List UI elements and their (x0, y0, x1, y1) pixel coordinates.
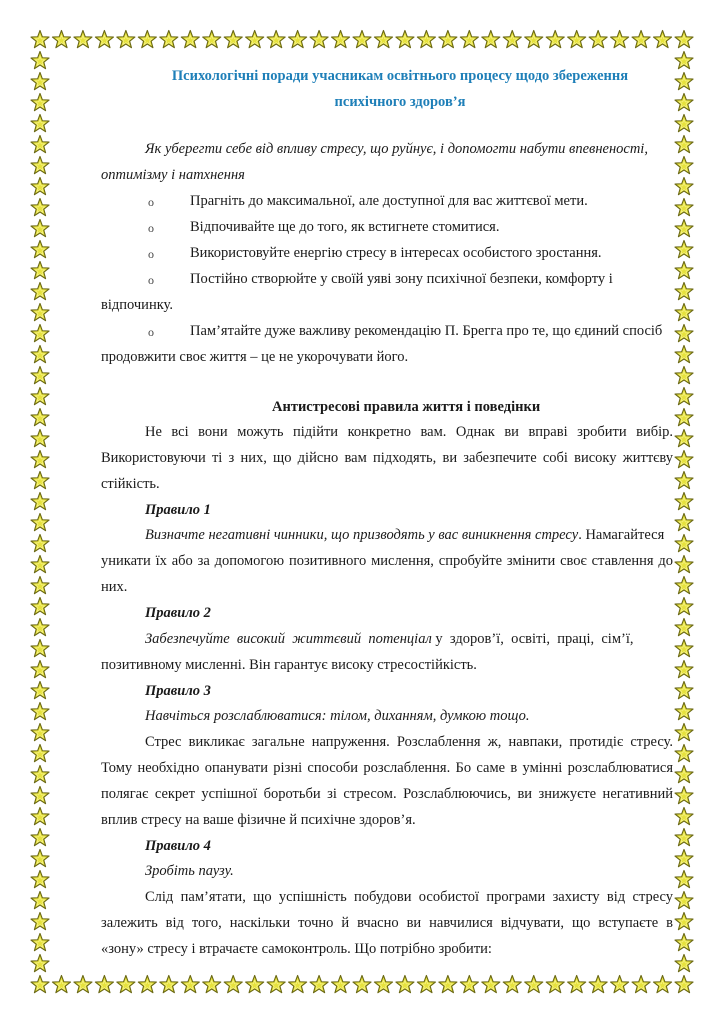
document-title-line-1: Психологічні поради учасникам освітнього… (150, 63, 650, 89)
rule-2-line-1: Забезпечуйте високий життєвий потенціал … (145, 629, 633, 649)
rule-1-rest: . Намагайтеся (578, 527, 664, 543)
section-heading: Антистресові правила життя і поведінки (272, 397, 540, 417)
rule-3-body-line-1: Стрес викликає загальне напруження. Розс… (145, 732, 673, 752)
tip-item-2: Відпочивайте ще до того, як встигнете ст… (190, 217, 499, 237)
tip-item-5-line-2: продовжити своє життя – це не укорочуват… (101, 347, 408, 367)
rule-4-body-line-1: Слід пам’ятати, що успішність побудови о… (145, 887, 673, 907)
bullet-icon: o (148, 325, 154, 340)
bullet-icon: o (148, 221, 154, 236)
tip-item-4-line-1: Постійно створюйте у своїй уяві зону пси… (190, 269, 613, 289)
document-title-line-2: психічного здоров’я (150, 89, 650, 115)
rule-3-lead: Навчіться розслаблюватися: тілом, диханн… (145, 706, 530, 726)
section-intro-line-1: Не всі вони можуть підійти конкретно вам… (145, 422, 673, 442)
bullet-icon: o (148, 273, 154, 288)
document-page: Психологічні поради учасникам освітнього… (0, 0, 724, 1024)
section-intro-line-3: стійкість. (101, 474, 160, 494)
rule-1-heading: Правило 1 (145, 500, 211, 520)
rule-1-lead: Визначте негативні чинники, що призводят… (145, 527, 578, 543)
rule-3-body-line-3: полягає секрет успішної боротьби зі стре… (101, 784, 673, 804)
intro-line-2: оптимізму і натхнення (101, 165, 245, 185)
rule-2-lead: Забезпечуйте високий життєвий потенціал (145, 631, 432, 647)
bullet-icon: o (148, 195, 154, 210)
rule-3-body-line-4: вплив стресу на ваше фізичне й психічне … (101, 810, 416, 830)
rule-4-body-line-2: залежить від того, наскільки точно й вча… (101, 913, 673, 933)
rule-2-heading: Правило 2 (145, 603, 211, 623)
tip-item-4-line-2: відпочинку. (101, 295, 173, 315)
rule-2-line-2: позитивному мисленні. Він гарантує висок… (101, 655, 477, 675)
bullet-icon: o (148, 247, 154, 262)
rule-1-line-3: них. (101, 577, 127, 597)
rule-1-line-2: уникати їх або за допомогою позитивного … (101, 551, 673, 571)
rule-4-lead: Зробіть паузу. (145, 861, 234, 881)
tip-item-5-line-1: Пам’ятайте дуже важливу рекомендацію П. … (190, 321, 662, 341)
section-intro-line-2: Використовуючи ті з них, що дійсно вам п… (101, 448, 673, 468)
rule-4-body-line-3: «зону» стресу і втрачаєте самоконтроль. … (101, 939, 492, 959)
rule-4-heading: Правило 4 (145, 836, 211, 856)
rule-3-heading: Правило 3 (145, 681, 211, 701)
rule-3-body-line-2: Тому необхідно опанувати різні способи р… (101, 758, 673, 778)
tip-item-1: Прагніть до максимальної, але доступної … (190, 191, 588, 211)
rule-1-line-1: Визначте негативні чинники, що призводят… (145, 525, 664, 545)
tip-item-3: Використовуйте енергію стресу в інтереса… (190, 243, 602, 263)
rule-2-rest: у здоров’ї, освіті, праці, сім’ї, (432, 631, 634, 647)
intro-line-1: Як уберегти себе від впливу стресу, що р… (145, 139, 648, 159)
